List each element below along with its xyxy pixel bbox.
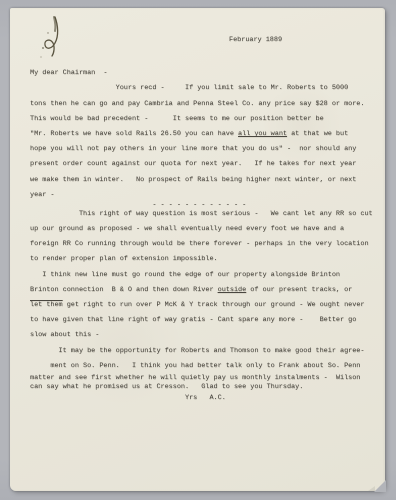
letter-line: It may be the opportunity for Roberts an… bbox=[30, 347, 385, 362]
pen-squiggle-icon bbox=[38, 12, 74, 62]
letter-line: present order count against our quota fo… bbox=[30, 160, 385, 175]
letter-line: foreign RR Co running through would be t… bbox=[30, 240, 385, 255]
letter-line: Yours recd - If you limit sale to Mr. Ro… bbox=[30, 84, 385, 99]
letter-line: let them get right to run over P McK & Y… bbox=[30, 301, 385, 316]
letter-line: I think new line must go round the edge … bbox=[30, 271, 385, 286]
letter-line: This would be bad precedent - It seems t… bbox=[30, 115, 385, 130]
letter-signature: Yrs A.C. bbox=[185, 394, 385, 409]
letter-line: hope you will not pay others in your lin… bbox=[30, 145, 385, 160]
letter-line: up our ground as proposed - we shall eve… bbox=[30, 225, 385, 240]
letter-body: Yours recd - If you limit sale to Mr. Ro… bbox=[30, 84, 385, 392]
letter-line: slow about this - bbox=[30, 331, 385, 346]
letter-line: - - - - - - - - - - - - bbox=[30, 201, 385, 210]
underline-phrase: all you want bbox=[238, 130, 287, 138]
letter-line: "Mr. Roberts we have sold Rails 26.50 yo… bbox=[30, 130, 385, 145]
letter-salutation: My dear Chairman - bbox=[30, 69, 385, 84]
letter-line: tons then he can go and pay Cambria and … bbox=[30, 100, 385, 115]
overline-phrase: let them bbox=[30, 301, 63, 309]
letter-line: This right of way question is most serio… bbox=[30, 210, 385, 225]
letter-line: to have given that line right of way gra… bbox=[30, 316, 385, 331]
letter-date: February 1889 bbox=[229, 36, 385, 51]
letter-line: can say what he promised us at Cresson. … bbox=[30, 383, 385, 392]
letter-paper: February 1889 My dear Chairman - Yours r… bbox=[10, 8, 385, 491]
letter-line: Brinton connection B & O and then down R… bbox=[30, 286, 385, 301]
letter-line: matter and see first whether he will qui… bbox=[30, 374, 385, 383]
underline-phrase: outside bbox=[218, 286, 247, 294]
letter-line: we make them in winter. No prospect of R… bbox=[30, 176, 385, 191]
letter-line: to render proper plan of extension impos… bbox=[30, 255, 385, 270]
